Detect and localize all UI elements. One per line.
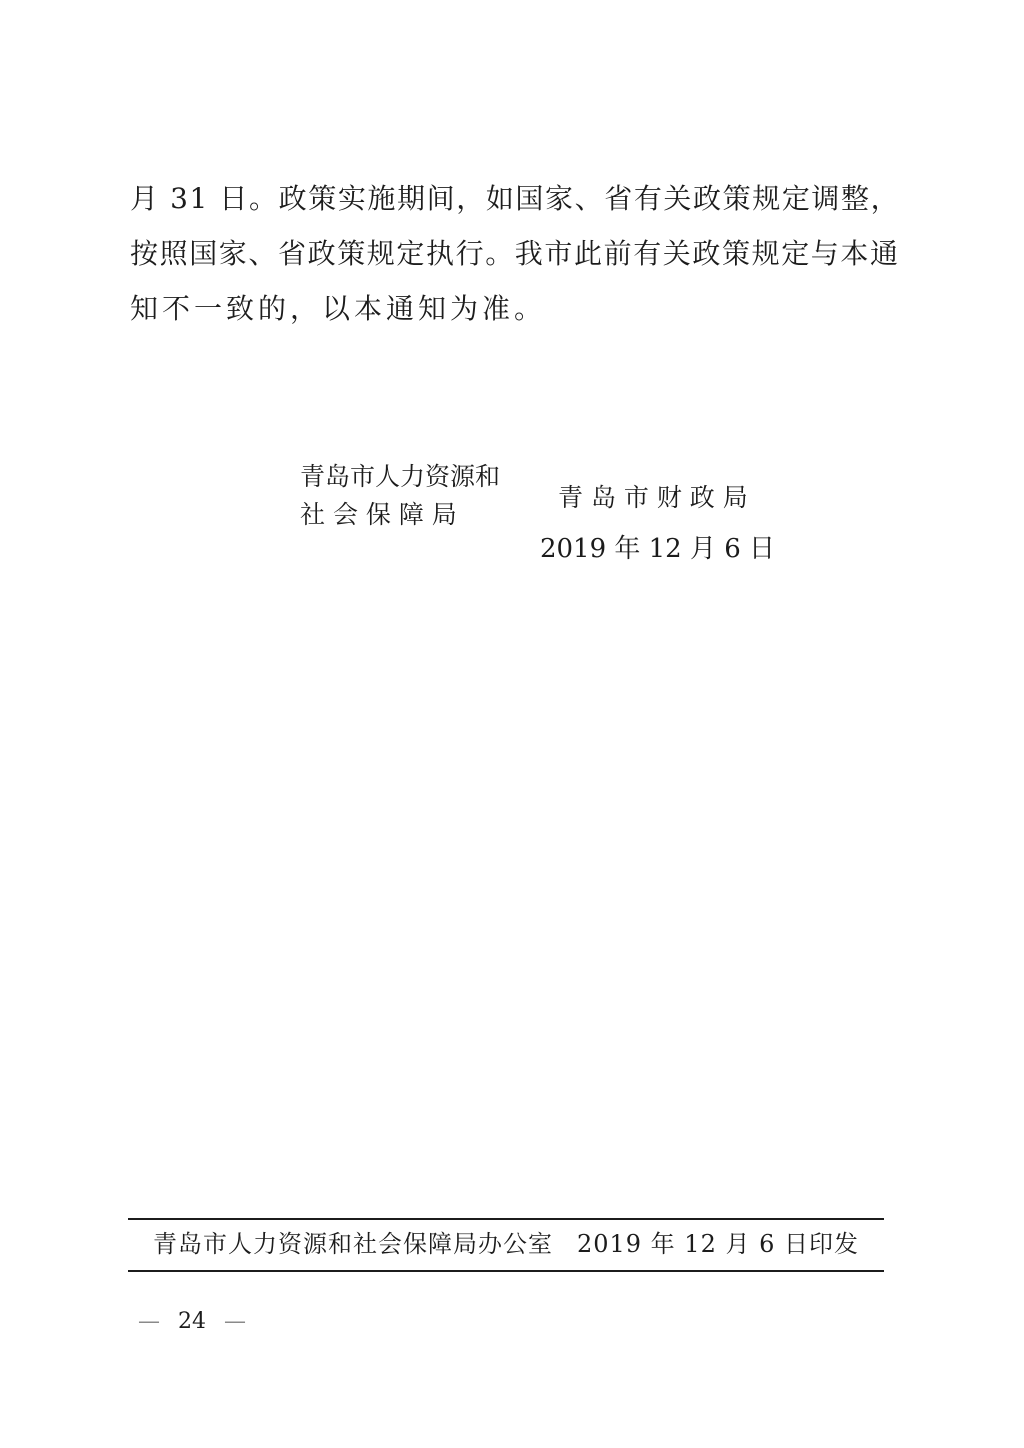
signature-org1-name-line1: 青岛市人力资源和 — [300, 464, 500, 489]
signature-date: 2019 年 12 月 6 日 — [535, 536, 780, 562]
page-number-value: 24 — [178, 1309, 206, 1334]
paragraph-line-3: 知不一致的，以本通知为准。 — [130, 281, 896, 336]
paragraph-line-2: 按照国家、省政策规定执行。我市此前有关政策规定与本通 — [130, 226, 896, 281]
footer-bottom-rule — [128, 1270, 884, 1272]
document-page: 月 31 日。政策实施期间，如国家、省有关政策规定调整， 按照国家、省政策规定执… — [0, 0, 1024, 1448]
body-paragraph: 月 31 日。政策实施期间，如国家、省有关政策规定调整， 按照国家、省政策规定执… — [130, 171, 896, 336]
paragraph-line-1: 月 31 日。政策实施期间，如国家、省有关政策规定调整， — [130, 171, 896, 226]
footer-top-rule — [128, 1218, 884, 1220]
footer-print-date: 2019 年 12 月 6 日印发 — [577, 1231, 859, 1257]
signature-org2-name: 青 岛 市 财 政 局 — [558, 485, 758, 510]
page-number-dash-right: — — [224, 1309, 246, 1334]
page-number-dash-left: — — [138, 1309, 160, 1334]
footer-imprint: 青岛市人力资源和社会保障局办公室 2019 年 12 月 6 日印发 — [128, 1231, 884, 1257]
signature-org1-name-line2: 社 会 保 障 局 — [300, 502, 500, 527]
footer-issuing-office: 青岛市人力资源和社会保障局办公室 — [153, 1231, 553, 1257]
page-number: —24— — [138, 1311, 246, 1333]
